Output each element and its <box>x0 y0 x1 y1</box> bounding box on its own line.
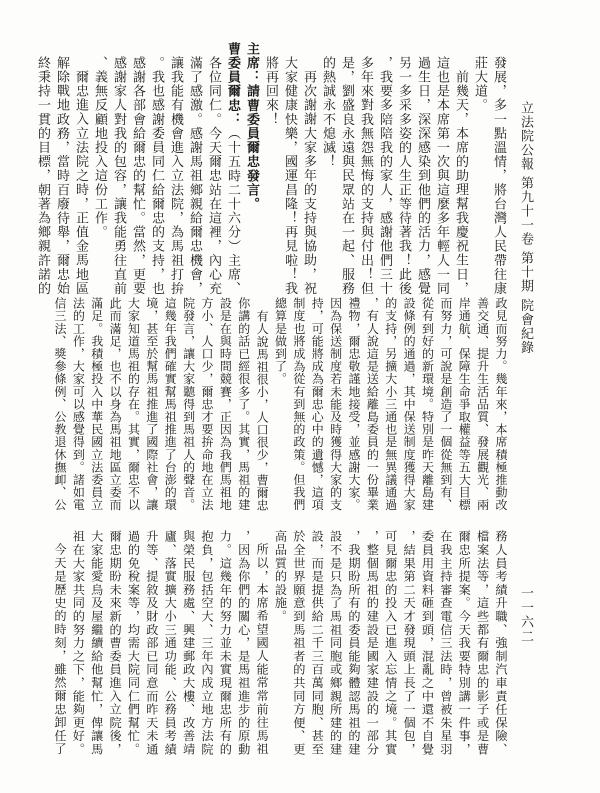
text-column: 此而滿足，也不以身為馬祖地區立委而 <box>107 297 124 511</box>
text-column: 曹委員爾忠：（十五時二十六分）主席、 <box>223 42 242 296</box>
speaker-name: 主席：請曹委員爾忠發言。 <box>244 42 259 211</box>
text-column: 院發言，讓大家聽得到馬祖人的聲音。 <box>181 297 198 511</box>
text-column: 升等、提敘及財政部已同意而昨天未通 <box>144 530 161 756</box>
text-column: 從有到好的新環境。特別是昨天離島建 <box>420 297 437 511</box>
text-column: 禮物，爾忠敬謹地接受，並感謝大家。 <box>346 297 363 511</box>
text-column: 大家健康快樂，國運昌隆！再見啦！我 <box>280 42 299 296</box>
text-column: 多年來對我無怨無悔的支持與付出！但 <box>356 42 375 296</box>
text-column: 感謝各部會給爾忠的幫忙。當然，更要 <box>128 42 147 296</box>
text-column: 可見爾忠的投入已進入忘情之境。其實 <box>383 530 400 756</box>
text-column: ，因為你們的關心，是馬祖進步的原動 <box>236 530 253 756</box>
text-column: 你講的話已經很多了。其實，馬祖的建 <box>236 297 253 511</box>
text-column: 總算是做到了。 <box>273 297 290 385</box>
text-band-bottom: 務人員考績升職、強制汽車責任保險、檔案法等，這些都有爾忠的影子或是曹爾忠所提案。… <box>52 530 510 758</box>
text-column: 祖在大家共同的努力之下，能夠更好。 <box>70 530 87 756</box>
text-column: 力。這幾年的努力並未實現爾忠所有的 <box>217 530 234 756</box>
text-column: 爾忠所提案。今天我要特別講一件事， <box>456 530 473 756</box>
text-column: 信三法、獎參條例、公教退休撫卹、公 <box>52 297 69 511</box>
text-column: 各位同仁。今天爾忠站在這裡，內心充 <box>204 42 223 296</box>
text-column: 發展，多一點溫情，將台灣人民帶往康 <box>489 42 508 296</box>
text-column: 莊大道。 <box>470 42 489 112</box>
text-column: 將再回來！ <box>261 42 280 127</box>
text-column: 設條例的通過，其中保送制度獲得大家 <box>401 297 418 511</box>
text-band-middle: 政見而努力。幾年來，本席積極推動改善交通、提升生活品質、發展觀光、兩岸通航、保障… <box>52 297 510 512</box>
text-column: 主席：請曹委員爾忠發言。 <box>242 42 261 211</box>
text-column: 過生日，深深感染到他們的活力，感覺 <box>413 42 432 296</box>
text-column: 廬、落實擴大小三通功能、公務員考績 <box>162 530 179 756</box>
text-column: 大家知道馬祖的存在。其實，爾忠不以 <box>126 297 143 511</box>
text-column: 所以，本席希望國人能常常前往馬祖 <box>254 530 271 756</box>
text-column: 設不是只為了馬祖同胞或鄉親所建的建 <box>328 530 345 756</box>
text-column: 因為保送制度若未能及時獲得大家的支 <box>328 297 345 511</box>
text-column: 設，而是提供給二千三百萬同胞、甚至 <box>309 530 326 756</box>
text-column: 爾忠期盼未來新的曹委員進入立院後， <box>107 530 124 756</box>
text-column: 檔案法等，這些都有爾忠的影子或是曹 <box>475 530 492 756</box>
text-column: 爾忠進入立法院之時，正值金馬地區 <box>71 42 90 296</box>
text-column: 抱負，包括空大、三年內成立地方法院 <box>199 530 216 756</box>
text-column: 感謝家人對我的包容，讓我能勇往直前 <box>109 42 128 296</box>
text-column: 再次謝謝大家多年的支持與協助，祝 <box>299 42 318 296</box>
text-column: 於全世界願意到馬祖者的共同方便、更 <box>291 530 308 756</box>
speaker-name: 曹委員爾忠： <box>225 42 240 127</box>
text-column: 大家能愛烏及屋繼續給他幫忙，俾讓馬 <box>89 530 106 756</box>
text-column: 的熱誠永不熄滅！ <box>318 42 337 169</box>
text-column: 務人員考績升職、強制汽車責任保險、 <box>493 530 510 756</box>
text-column: 委員用資料砸到頭，混亂之中還不自覺 <box>420 530 437 756</box>
text-column: 與榮民服務處、興建郵政大樓、改善靖 <box>181 530 198 756</box>
text-column: 。我也感謝委員同仁給爾忠的支持，也 <box>147 42 166 296</box>
text-column: ，我要多陪陪我的家人，感謝他們三十 <box>375 42 394 296</box>
gazette-page: 立法院公報 第九十一卷 第十期 院會紀錄 一一六二 發展，多一點溫情，將台灣人民… <box>0 0 600 793</box>
text-column: 高品質的設施。 <box>273 530 290 623</box>
text-column: 境，甚至於幫馬祖推進了國際社會，讓 <box>144 297 161 511</box>
text-column: ，有人說這是送給離島委員的一份畢業 <box>364 297 381 511</box>
text-column: 前幾天，本席的助理幫我慶祝生日， <box>451 42 470 296</box>
text-column: 政見而努力。幾年來，本席積極推動改 <box>493 297 510 511</box>
text-column: 持，可能將成為爾忠心中的遺憾，這項 <box>309 297 326 511</box>
text-column: 另一多采多姿的人生正等待著我！此後 <box>394 42 413 296</box>
text-column: 設是在與時間競賽，正因為我們馬祖地 <box>217 297 234 511</box>
text-column: 法的工作，大家可以感覺得到。諸如電 <box>70 297 87 511</box>
text-column: 這幾年我們確實幫馬祖推進了台澎的環 <box>162 297 179 511</box>
text-column: 這也是本席第一次與這麼多年輕人一同 <box>432 42 451 296</box>
text-column: 在我主持審查電信三法時，曾被朱星羽 <box>438 530 455 756</box>
text-column: 岸通航、保障生命爭取權益等五大目標 <box>456 297 473 511</box>
text-column: ，整個馬祖的建設是國家建設的一部分 <box>364 530 381 756</box>
text-column: 讓我能有機會進入立法院，為馬祖打拚 <box>166 42 185 296</box>
text-column: 滿了感激。感謝馬祖鄉親給爾忠機會， <box>185 42 204 296</box>
text-column: 過的免稅案等，均需大院同仁們幫忙。 <box>126 530 143 756</box>
text-band-top: 發展，多一點溫情，將台灣人民帶往康莊大道。前幾天，本席的助理幫我慶祝生日，這也是… <box>40 42 508 296</box>
text-column: 有人說馬祖很小，人口很少，曹爾忠 <box>254 297 271 512</box>
text-column: 方小、人口少，爾忠才要拚命地在立法 <box>199 297 216 511</box>
text-column: 而努力，可說是創造了一個從無到有、 <box>438 297 455 511</box>
journal-header: 立法院公報 第九十一卷 第十期 院會紀錄 <box>516 101 535 354</box>
text-column: 制度也將成為從有到無的政策。但我們 <box>291 297 308 511</box>
text-column: ，結果第二天才發現頭上長了一個包， <box>401 530 418 756</box>
page-number: 一一六二 <box>516 586 535 644</box>
text-column: 今天是歷史的時刻，雖然爾忠卸任了 <box>52 530 69 756</box>
text-column: 是，劉盛良永遠與民眾站在一起、服務 <box>337 42 356 296</box>
text-column: 、義無反顧地投入這份工作。 <box>90 42 109 239</box>
text-column: 善交通、提升生活品質、發展觀光、兩 <box>475 297 492 511</box>
text-column: 滿足。我積極投入中華民國立法委員立 <box>89 297 106 511</box>
text-column: 的支持，另擴大小三通也是無異議通過 <box>383 297 400 511</box>
text-column: ，我期盼所有的委員能夠體認馬祖的建 <box>346 530 363 756</box>
text-column: 解除戰地政務，當時百廢待舉，爾忠始 <box>52 42 71 296</box>
text-column: 終秉持一貫的目標，朝著為鄉親許諾的 <box>33 42 52 296</box>
